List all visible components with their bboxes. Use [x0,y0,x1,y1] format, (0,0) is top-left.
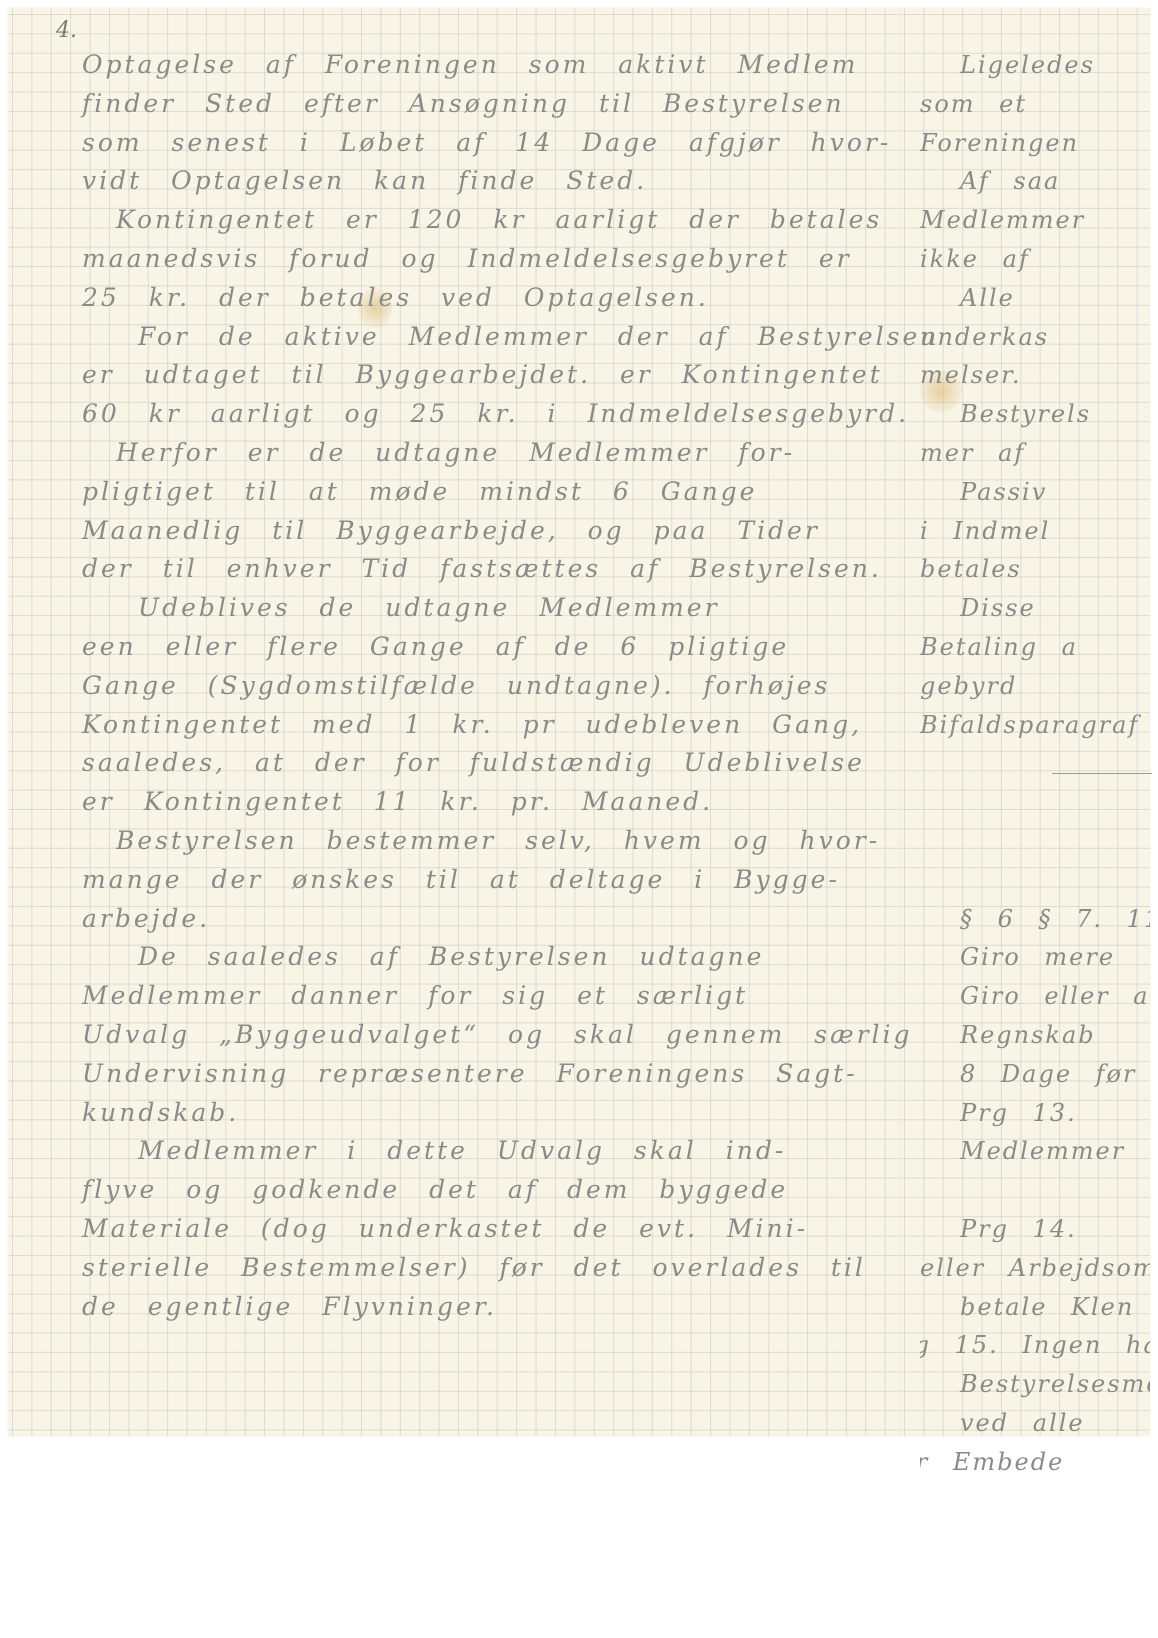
handwritten-line: betales [920,550,1150,589]
handwritten-line: maanedsvis forud og Indmeldelsesgebyret … [82,240,882,279]
handwritten-line: Medlemmer i dette Udvalg skal ind- [82,1132,882,1171]
handwritten-line: Medlemmer [920,1132,1150,1171]
handwritten-line: ikke af [920,240,1150,279]
handwritten-line: Prg 13. [920,1094,1150,1133]
handwritten-line: 25 kr. der betales ved Optagelsen. [82,279,882,318]
handwritten-line: Alle [920,279,1150,318]
section-divider-rule [1052,773,1152,774]
handwritten-line: eller Arbejdsomst [920,1249,1150,1288]
left-page-text: Optagelse af Foreningen som aktivt Medle… [82,46,882,1326]
handwritten-line: som et [920,85,1150,124]
handwritten-line: Ligeledes [920,46,1150,85]
handwritten-line: Foreningen [920,124,1150,163]
handwritten-line: For de aktive Medlemmer der af Bestyrels… [82,318,882,357]
handwritten-line [920,744,1150,783]
handwritten-line: Medlemmer danner for sig et særligt [82,977,882,1016]
handwritten-line: Udvalg „Byggeudvalget“ og skal gennem sæ… [82,1016,882,1055]
handwritten-line: Passiv [920,473,1150,512]
handwritten-line: Prg 14. [920,1210,1150,1249]
handwritten-line: § 6 § 7. 11 [920,900,1150,939]
handwritten-line: Maanedlig til Byggearbejde, og paa Tider [82,512,882,551]
handwritten-line [920,822,1150,861]
page-fold-line [898,8,901,1436]
handwritten-line: Disse [920,589,1150,628]
handwritten-line [920,861,1150,900]
handwritten-line: sterielle Bestemmelser) før det overlade… [82,1249,882,1288]
handwritten-line: Prg 15. Ingen har [920,1326,1150,1365]
handwritten-line: Medlemmer [920,201,1150,240]
handwritten-line: Kontingentet med 1 kr. pr udebleven Gang… [82,706,882,745]
handwritten-line: de egentlige Flyvninger. [82,1288,882,1327]
handwritten-line: De saaledes af Bestyrelsen udtagne [82,938,882,977]
handwritten-line: bør Embede [920,1443,1150,1482]
handwritten-line: Bestyrels [920,395,1150,434]
handwritten-line: Gange (Sygdomstilfælde undtagne). forhøj… [82,667,882,706]
handwritten-line [920,1171,1150,1210]
handwritten-line: er Kontingentet 11 kr. pr. Maaned. [82,783,882,822]
handwritten-line: ved alle [920,1404,1150,1443]
handwritten-line: Herfor er de udtagne Medlemmer for- [82,434,882,473]
handwritten-line: 8 Dage før [920,1055,1150,1094]
handwritten-line: saaledes, at der for fuldstændig Udebliv… [82,744,882,783]
handwritten-line: pligtiget til at møde mindst 6 Gange [82,473,882,512]
handwritten-line: der til enhver Tid fastsættes af Bestyre… [82,550,882,589]
page-number: 4. [56,18,77,43]
handwritten-line: betale Klen [920,1288,1150,1327]
handwritten-line: een eller flere Gange af de 6 pligtige [82,628,882,667]
handwritten-line: Giro mere [920,938,1150,977]
handwritten-line: melser. [920,356,1150,395]
handwritten-line: gebyrd [920,667,1150,706]
handwritten-line: Optagelse af Foreningen som aktivt Medle… [82,46,882,85]
handwritten-line: 60 kr aarligt og 25 kr. i Indmeldelsesge… [82,395,882,434]
handwritten-line: flyve og godkende det af dem byggede [82,1171,882,1210]
right-page-text: Ligeledessom etForeningenAf saaMedlemmer… [920,46,1150,1481]
handwritten-line: Undervisning repræsentere Foreningens Sa… [82,1055,882,1094]
handwritten-line: Giro eller a [920,977,1150,1016]
handwritten-line: Materiale (dog underkastet de evt. Mini- [82,1210,882,1249]
handwritten-line: Betaling a [920,628,1150,667]
handwritten-line: Kontingentet er 120 kr aarligt der betal… [82,201,882,240]
handwritten-line: Bestyrelsen bestemmer selv, hvem og hvor… [82,822,882,861]
handwritten-line: er udtaget til Byggearbejdet. er Konting… [82,356,882,395]
handwritten-line: Udeblives de udtagne Medlemmer [82,589,882,628]
handwritten-line: i Indmel [920,512,1150,551]
handwritten-line: kundskab. [82,1094,882,1133]
handwritten-line [920,783,1150,822]
handwritten-line: mange der ønskes til at deltage i Bygge- [82,861,882,900]
handwritten-line: underkas [920,318,1150,357]
handwritten-line: Regnskab [920,1016,1150,1055]
handwritten-line: finder Sted efter Ansøgning til Bestyrel… [82,85,882,124]
handwritten-line: Bestyrelsesmed [920,1365,1150,1404]
handwritten-line: mer af [920,434,1150,473]
handwritten-line: vidt Optagelsen kan finde Sted. [82,162,882,201]
handwritten-line: Af saa [920,162,1150,201]
handwritten-line: arbejde. [82,900,882,939]
handwritten-line: Bifaldsparagraf [920,706,1150,745]
handwritten-line: som senest i Løbet af 14 Dage afgjør hvo… [82,124,882,163]
